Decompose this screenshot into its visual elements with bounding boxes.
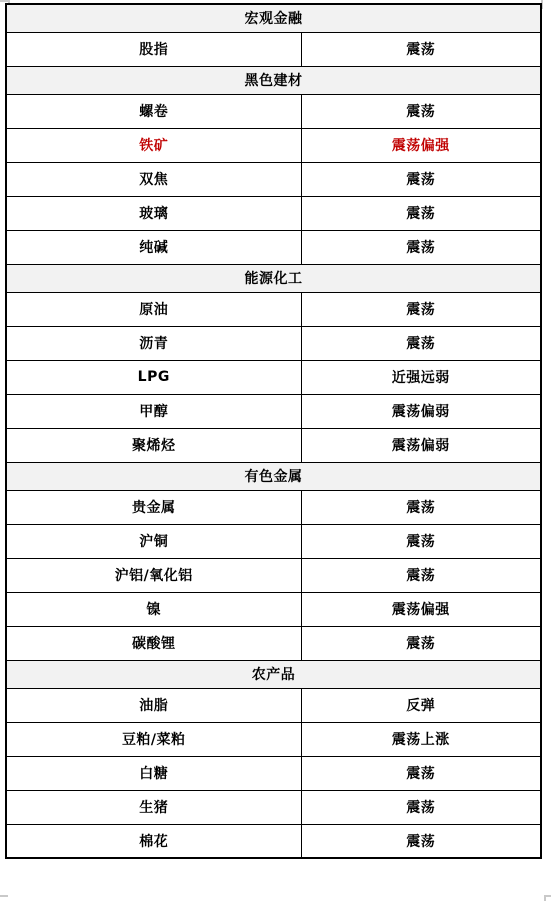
- table-row: 铁矿震荡偏强: [6, 128, 541, 162]
- outlook-cell: 震荡偏强: [301, 592, 541, 626]
- outlook-cell: 震荡: [301, 490, 541, 524]
- commodity-outlook-table: 宏观金融股指震荡黑色建材螺卷震荡铁矿震荡偏强双焦震荡玻璃震荡纯碱震荡能源化工原油…: [5, 3, 542, 859]
- table-row: 生猪震荡: [6, 790, 541, 824]
- table-row: 甲醇震荡偏弱: [6, 394, 541, 428]
- outlook-cell: 震荡: [301, 558, 541, 592]
- table-row: 棉花震荡: [6, 824, 541, 858]
- commodity-cell: LPG: [6, 360, 301, 394]
- commodity-cell: 沪铜: [6, 524, 301, 558]
- section-header: 农产品: [6, 660, 541, 688]
- table-row: 白糖震荡: [6, 756, 541, 790]
- outlook-cell: 震荡: [301, 94, 541, 128]
- table-row: LPG近强远弱: [6, 360, 541, 394]
- table-row: 聚烯烃震荡偏弱: [6, 428, 541, 462]
- commodity-cell: 聚烯烃: [6, 428, 301, 462]
- section-header-row: 黑色建材: [6, 66, 541, 94]
- table-row: 沪铝/氧化铝震荡: [6, 558, 541, 592]
- section-header-row: 有色金属: [6, 462, 541, 490]
- outlook-cell: 震荡偏弱: [301, 428, 541, 462]
- commodity-cell: 甲醇: [6, 394, 301, 428]
- commodity-cell: 沪铝/氧化铝: [6, 558, 301, 592]
- table-row: 双焦震荡: [6, 162, 541, 196]
- section-header-row: 能源化工: [6, 264, 541, 292]
- commodity-cell: 螺卷: [6, 94, 301, 128]
- commodity-cell: 股指: [6, 32, 301, 66]
- commodity-cell: 原油: [6, 292, 301, 326]
- outlook-cell: 震荡: [301, 292, 541, 326]
- table-row: 油脂反弹: [6, 688, 541, 722]
- commodity-cell: 玻璃: [6, 196, 301, 230]
- commodity-cell: 生猪: [6, 790, 301, 824]
- document-page: 宏观金融股指震荡黑色建材螺卷震荡铁矿震荡偏强双焦震荡玻璃震荡纯碱震荡能源化工原油…: [0, 0, 551, 901]
- outlook-cell: 震荡: [301, 230, 541, 264]
- commodity-cell: 贵金属: [6, 490, 301, 524]
- table-row: 股指震荡: [6, 32, 541, 66]
- table-row: 原油震荡: [6, 292, 541, 326]
- section-header: 能源化工: [6, 264, 541, 292]
- table-row: 贵金属震荡: [6, 490, 541, 524]
- commodity-cell: 白糖: [6, 756, 301, 790]
- outlook-cell: 震荡: [301, 790, 541, 824]
- commodity-cell: 豆粕/菜粕: [6, 722, 301, 756]
- outlook-cell: 震荡: [301, 824, 541, 858]
- outlook-cell: 近强远弱: [301, 360, 541, 394]
- outlook-cell: 震荡: [301, 756, 541, 790]
- table-row: 沪铜震荡: [6, 524, 541, 558]
- outlook-cell: 反弹: [301, 688, 541, 722]
- table-row: 玻璃震荡: [6, 196, 541, 230]
- section-header-row: 宏观金融: [6, 4, 541, 32]
- table-row: 纯碱震荡: [6, 230, 541, 264]
- outlook-cell: 震荡偏强: [301, 128, 541, 162]
- section-header-row: 农产品: [6, 660, 541, 688]
- table-row: 碳酸锂震荡: [6, 626, 541, 660]
- outlook-cell: 震荡: [301, 162, 541, 196]
- table-row: 豆粕/菜粕震荡上涨: [6, 722, 541, 756]
- text-boundary-mark-bottom-left: [0, 895, 8, 897]
- commodity-cell: 碳酸锂: [6, 626, 301, 660]
- commodity-cell: 棉花: [6, 824, 301, 858]
- commodity-cell: 油脂: [6, 688, 301, 722]
- section-header: 有色金属: [6, 462, 541, 490]
- table-row: 镍震荡偏强: [6, 592, 541, 626]
- section-header: 宏观金融: [6, 4, 541, 32]
- table-row: 沥青震荡: [6, 326, 541, 360]
- outlook-cell: 震荡: [301, 32, 541, 66]
- outlook-cell: 震荡: [301, 626, 541, 660]
- outlook-cell: 震荡: [301, 326, 541, 360]
- outlook-cell: 震荡偏弱: [301, 394, 541, 428]
- commodity-cell: 镍: [6, 592, 301, 626]
- commodity-cell: 双焦: [6, 162, 301, 196]
- text-boundary-mark-bottom-right: [544, 895, 551, 901]
- commodity-cell: 沥青: [6, 326, 301, 360]
- outlook-cell: 震荡: [301, 196, 541, 230]
- outlook-cell: 震荡: [301, 524, 541, 558]
- commodity-cell: 铁矿: [6, 128, 301, 162]
- outlook-cell: 震荡上涨: [301, 722, 541, 756]
- section-header: 黑色建材: [6, 66, 541, 94]
- table-row: 螺卷震荡: [6, 94, 541, 128]
- commodity-cell: 纯碱: [6, 230, 301, 264]
